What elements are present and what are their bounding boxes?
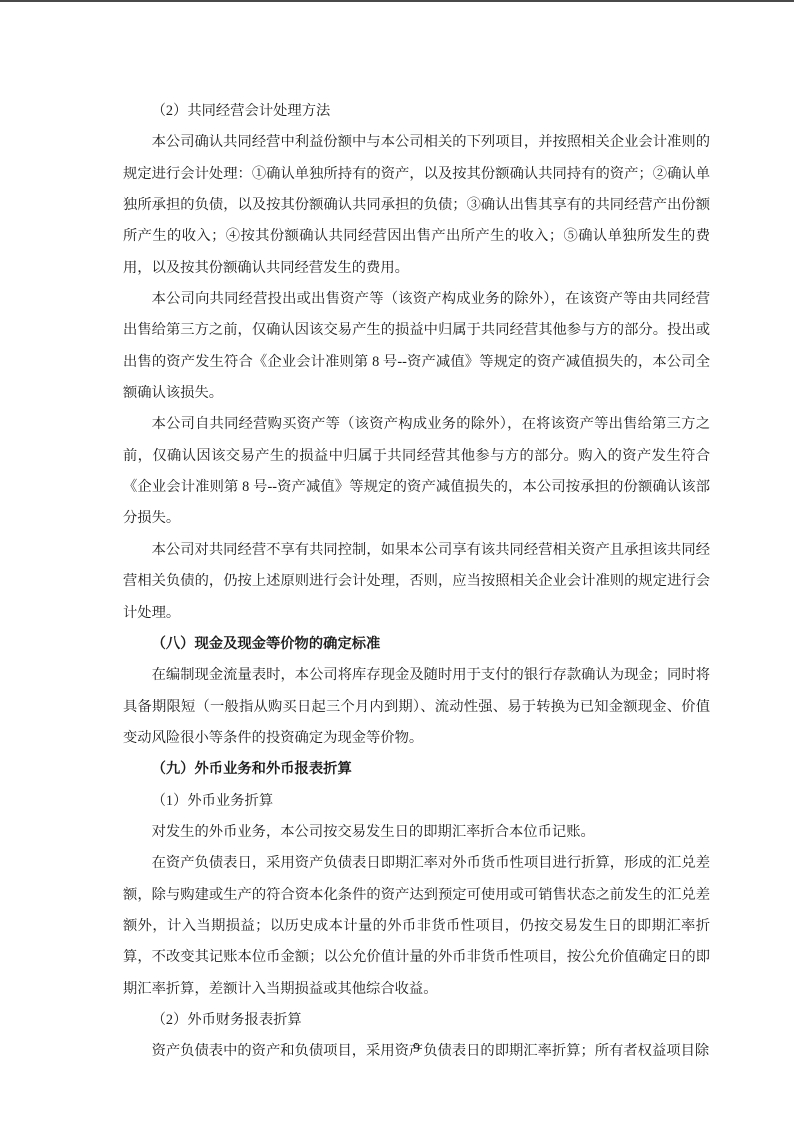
document-body: （2）共同经营会计处理方法 本公司确认共同经营中利益份额中与本公司相关的下列项目… [123,96,710,1068]
subheading-foreign-currency-financial-statement-translation: （2）外币财务报表折算 [123,1005,710,1036]
heading-cash-and-cash-equivalents-criteria: （八）现金及现金等价物的确定标准 [123,629,710,660]
subheading-foreign-currency-transaction-translation: （1）外币业务折算 [123,786,710,817]
paragraph-cash-equivalents-definition: 在编制现金流量表时，本公司将库存现金及随时用于支付的银行存款确认为现金；同时将具… [123,660,710,754]
heading-foreign-currency-business-and-translation: （九）外币业务和外币报表折算 [123,754,710,785]
paragraph-no-joint-control-treatment: 本公司对共同经营不享有共同控制，如果本公司享有该共同经营相关资产且承担该共同经营… [123,535,710,629]
page-number: 9 [123,1040,710,1058]
subheading-joint-operation-accounting-method: （2）共同经营会计处理方法 [123,96,710,127]
paragraph-assets-contributed-or-sold-to-joint-operation: 本公司向共同经营投出或出售资产等（该资产构成业务的除外），在该资产等由共同经营出… [123,284,710,409]
document-page: （2）共同经营会计处理方法 本公司确认共同经营中利益份额中与本公司相关的下列项目… [0,0,794,1122]
paragraph-assets-purchased-from-joint-operation: 本公司自共同经营购买资产等（该资产构成业务的除外），在将该资产等出售给第三方之前… [123,409,710,534]
paragraph-foreign-currency-spot-rate-recording: 对发生的外币业务，本公司按交易发生日的即期汇率折合本位币记账。 [123,817,710,848]
paragraph-joint-operation-recognition-items: 本公司确认共同经营中利益份额中与本公司相关的下列项目，并按照相关企业会计准则的规… [123,127,710,284]
paragraph-balance-sheet-date-translation-differences: 在资产负债表日，采用资产负债表日即期汇率对外币货币性项目进行折算，形成的汇兑差额… [123,848,710,1005]
